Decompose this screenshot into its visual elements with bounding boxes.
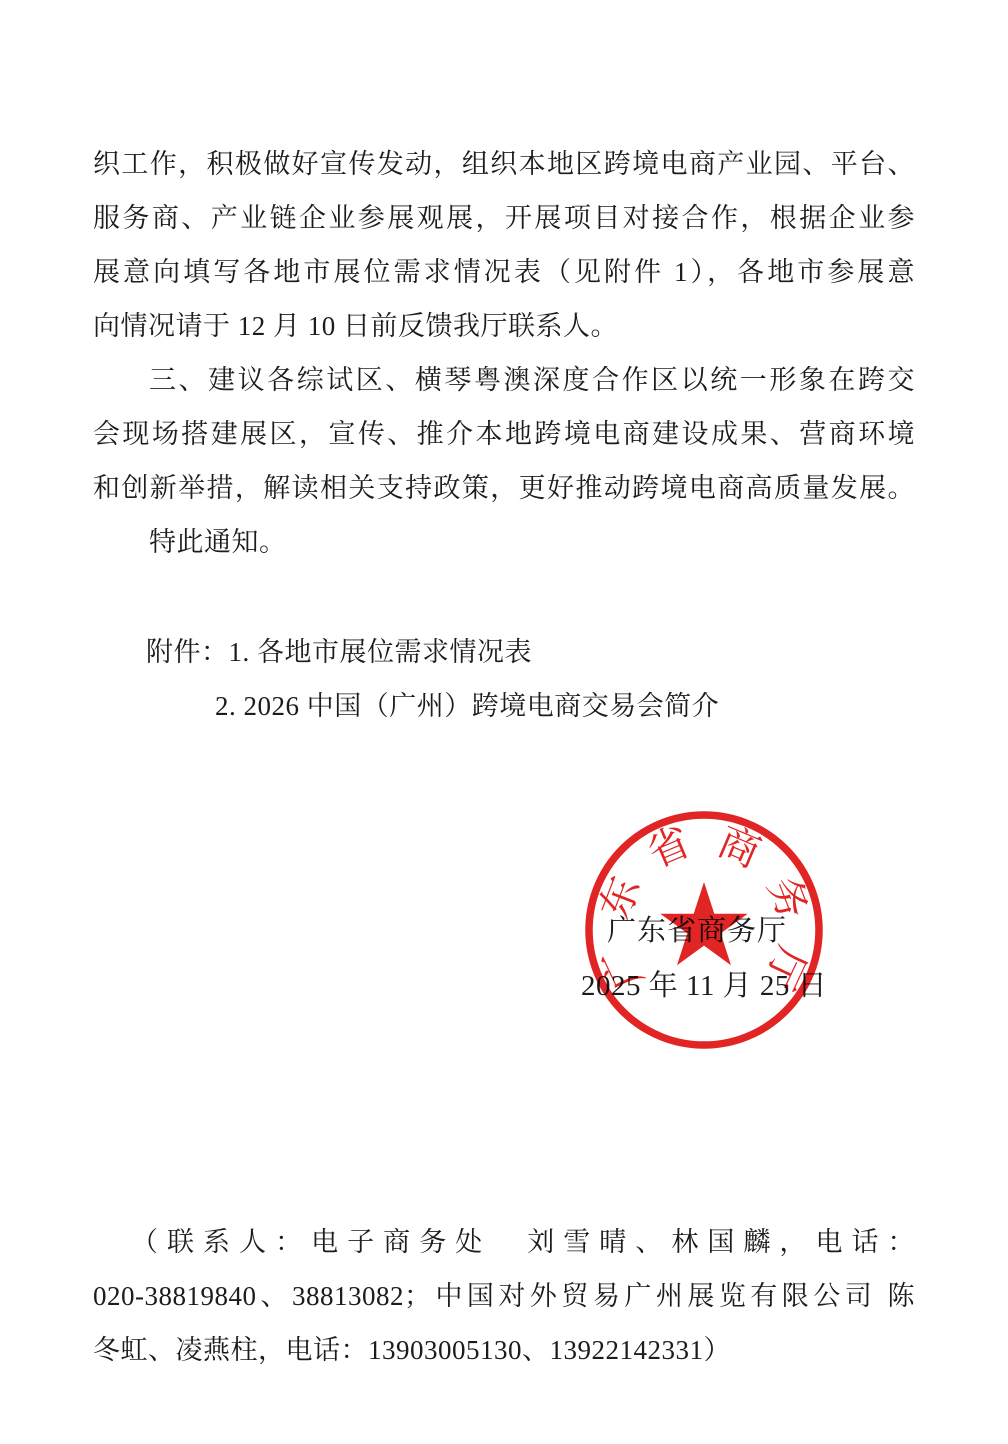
issue-date: 2025 年 11 月 25 日 (581, 969, 827, 1004)
attachment-item: 2. 2026 中国（广州）跨境电商交易会简介 (93, 679, 915, 733)
seal-arc-char: 商 (711, 818, 767, 876)
document-page: 织工作，积极做好宣传发动，组织本地区跨境电商产业园、平台、 服务商、产业链企业参… (0, 0, 1008, 1444)
issuer-name: 广东省商务厅 (607, 914, 787, 949)
body-line: 会现场搭建展区，宣传、推介本地跨境电商建设成果、营商环境 (93, 407, 915, 461)
contact-line: （联系人：电子商务处 刘雪晴、林国麟，电话： (93, 1215, 915, 1269)
contact-info: （联系人：电子商务处 刘雪晴、林国麟，电话： 020-38819840、3881… (93, 1215, 915, 1377)
contact-line: 020-38819840、38813082；中国对外贸易广州展览有限公司 陈 (93, 1269, 915, 1323)
contact-line: 冬虹、凌燕柱，电话：13903005130、13922142331） (93, 1323, 915, 1377)
body-line: 展意向填写各地市展位需求情况表（见附件 1），各地市参展意 (93, 245, 915, 299)
seal-arc-char: 省 (641, 818, 697, 876)
body-line: 三、建议各综试区、横琴粤澳深度合作区以统一形象在跨交 (93, 353, 915, 407)
body-line: 和创新举措，解读相关支持政策，更好推动跨境电商高质量发展。 (93, 461, 915, 515)
attachment-list: 附件：1. 各地市展位需求情况表 2. 2026 中国（广州）跨境电商交易会简介 (93, 625, 915, 733)
body-line: 织工作，积极做好宣传发动，组织本地区跨境电商产业园、平台、 (93, 137, 915, 191)
body-line: 服务商、产业链企业参展观展，开展项目对接合作，根据企业参 (93, 191, 915, 245)
body-line: 向情况请于 12 月 10 日前反馈我厅联系人。 (93, 299, 915, 353)
body-text: 织工作，积极做好宣传发动，组织本地区跨境电商产业园、平台、 服务商、产业链企业参… (93, 137, 915, 569)
attachment-item: 附件：1. 各地市展位需求情况表 (93, 625, 915, 679)
body-line: 特此通知。 (93, 515, 915, 569)
